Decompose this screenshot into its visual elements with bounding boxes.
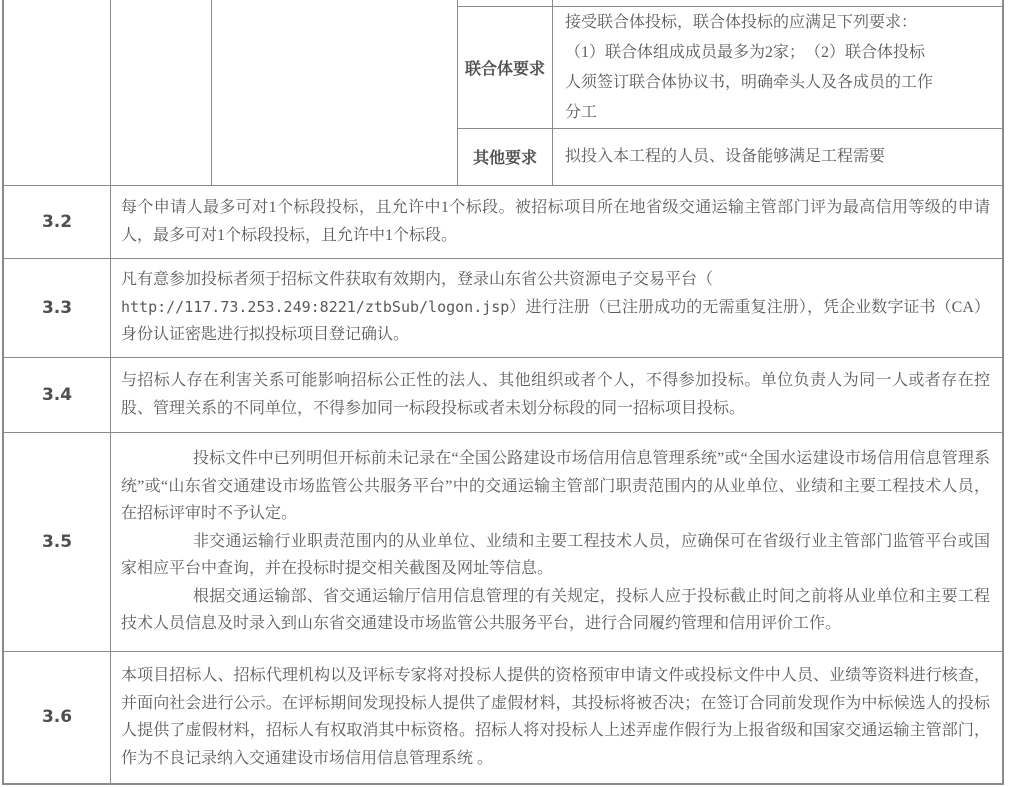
clause-text-3-6: 本项目招标人、招标代理机构以及评标专家将对投标人提供的资格预审申请文件或投标文件… (111, 652, 1002, 782)
consortium-requirement-label-text: 联合体要求 (465, 56, 545, 79)
clause-3-5-paragraph-2: 非交通运输行业职责范围内的从业单位、业绩和主要工程技术人员，应确保可在省级行业主… (121, 528, 990, 583)
clause-3-3-before-url: 凡有意参加投标者须于招标文件获取有效期内，登录山东省公共资源电子交易平台（ (121, 271, 713, 288)
consortium-requirement-content-text: 接受联合体投标，联合体投标的应满足下列要求： （1）联合体组成成员最多为2家； … (565, 8, 996, 128)
other-requirement-label-text: 其他要求 (473, 145, 537, 168)
clause-number-3-4-text: 3.4 (42, 385, 72, 405)
clause-number-3-4: 3.4 (4, 358, 110, 431)
clause-text-3-2: 每个申请人最多可对1个标段投标，且允许中1个标段。被招标项目所在地省级交通运输主… (111, 186, 1002, 257)
clause-number-3-3-text: 3.3 (42, 298, 72, 318)
clause-number-3-2: 3.2 (4, 186, 110, 257)
other-requirement-content-text: 拟投入本工程的人员、设备能够满足工程需要 (565, 142, 996, 172)
clause-text-3-3: 凡有意参加投标者须于招标文件获取有效期内，登录山东省公共资源电子交易平台（ ht… (111, 259, 1002, 356)
consortium-requirement-label: 联合体要求 (458, 7, 552, 128)
grid-line-right-border (1002, 0, 1004, 783)
clause-text-3-4: 与招标人存在利害关系可能影响招标公正性的法人、其他组织或者个人，不得参加投标。单… (111, 358, 1002, 431)
clause-3-5-paragraph-1: 投标文件中已列明但开标前未记录在“全国公路建设市场信用信息管理系统”或“全国水运… (121, 445, 990, 528)
clause-3-5-paragraph-3: 根据交通运输部、省交通运输厅信用信息管理的有关规定，投标人应于投标截止时间之前将… (121, 583, 990, 638)
grid-line-v211 (211, 0, 212, 185)
consortium-requirement-content: 接受联合体投标，联合体投标的应满足下列要求： （1）联合体组成成员最多为2家； … (553, 7, 1002, 128)
clause-3-6-body: 本项目招标人、招标代理机构以及评标专家将对投标人提供的资格预审申请文件或投标文件… (121, 662, 990, 772)
clause-3-2-body: 每个申请人最多可对1个标段投标，且允许中1个标段。被招标项目所在地省级交通运输主… (121, 194, 990, 249)
clause-number-3-2-text: 3.2 (42, 212, 72, 232)
clause-text-3-5: 投标文件中已列明但开标前未记录在“全国公路建设市场信用信息管理系统”或“全国水运… (111, 433, 1002, 650)
clause-3-4-body: 与招标人存在利害关系可能影响招标公正性的法人、其他组织或者个人，不得参加投标。单… (121, 367, 990, 422)
other-requirement-content: 拟投入本工程的人员、设备能够满足工程需要 (553, 129, 1002, 184)
tender-document-page: 联合体要求 接受联合体投标，联合体投标的应满足下列要求： （1）联合体组成成员最… (0, 0, 1013, 787)
clause-number-3-5: 3.5 (4, 433, 110, 650)
clause-3-3-body: 凡有意参加投标者须于招标文件获取有效期内，登录山东省公共资源电子交易平台（ ht… (121, 266, 990, 349)
other-requirement-label: 其他要求 (458, 129, 552, 184)
clause-number-3-5-text: 3.5 (42, 532, 72, 552)
clause-number-3-6: 3.6 (4, 652, 110, 782)
clause-number-3-3: 3.3 (4, 259, 110, 356)
clause-number-3-6-text: 3.6 (42, 707, 72, 727)
registration-url: http://117.73.253.249:8221/ztbSub/logon.… (121, 298, 509, 316)
grid-line-bottom-border (2, 783, 1004, 785)
